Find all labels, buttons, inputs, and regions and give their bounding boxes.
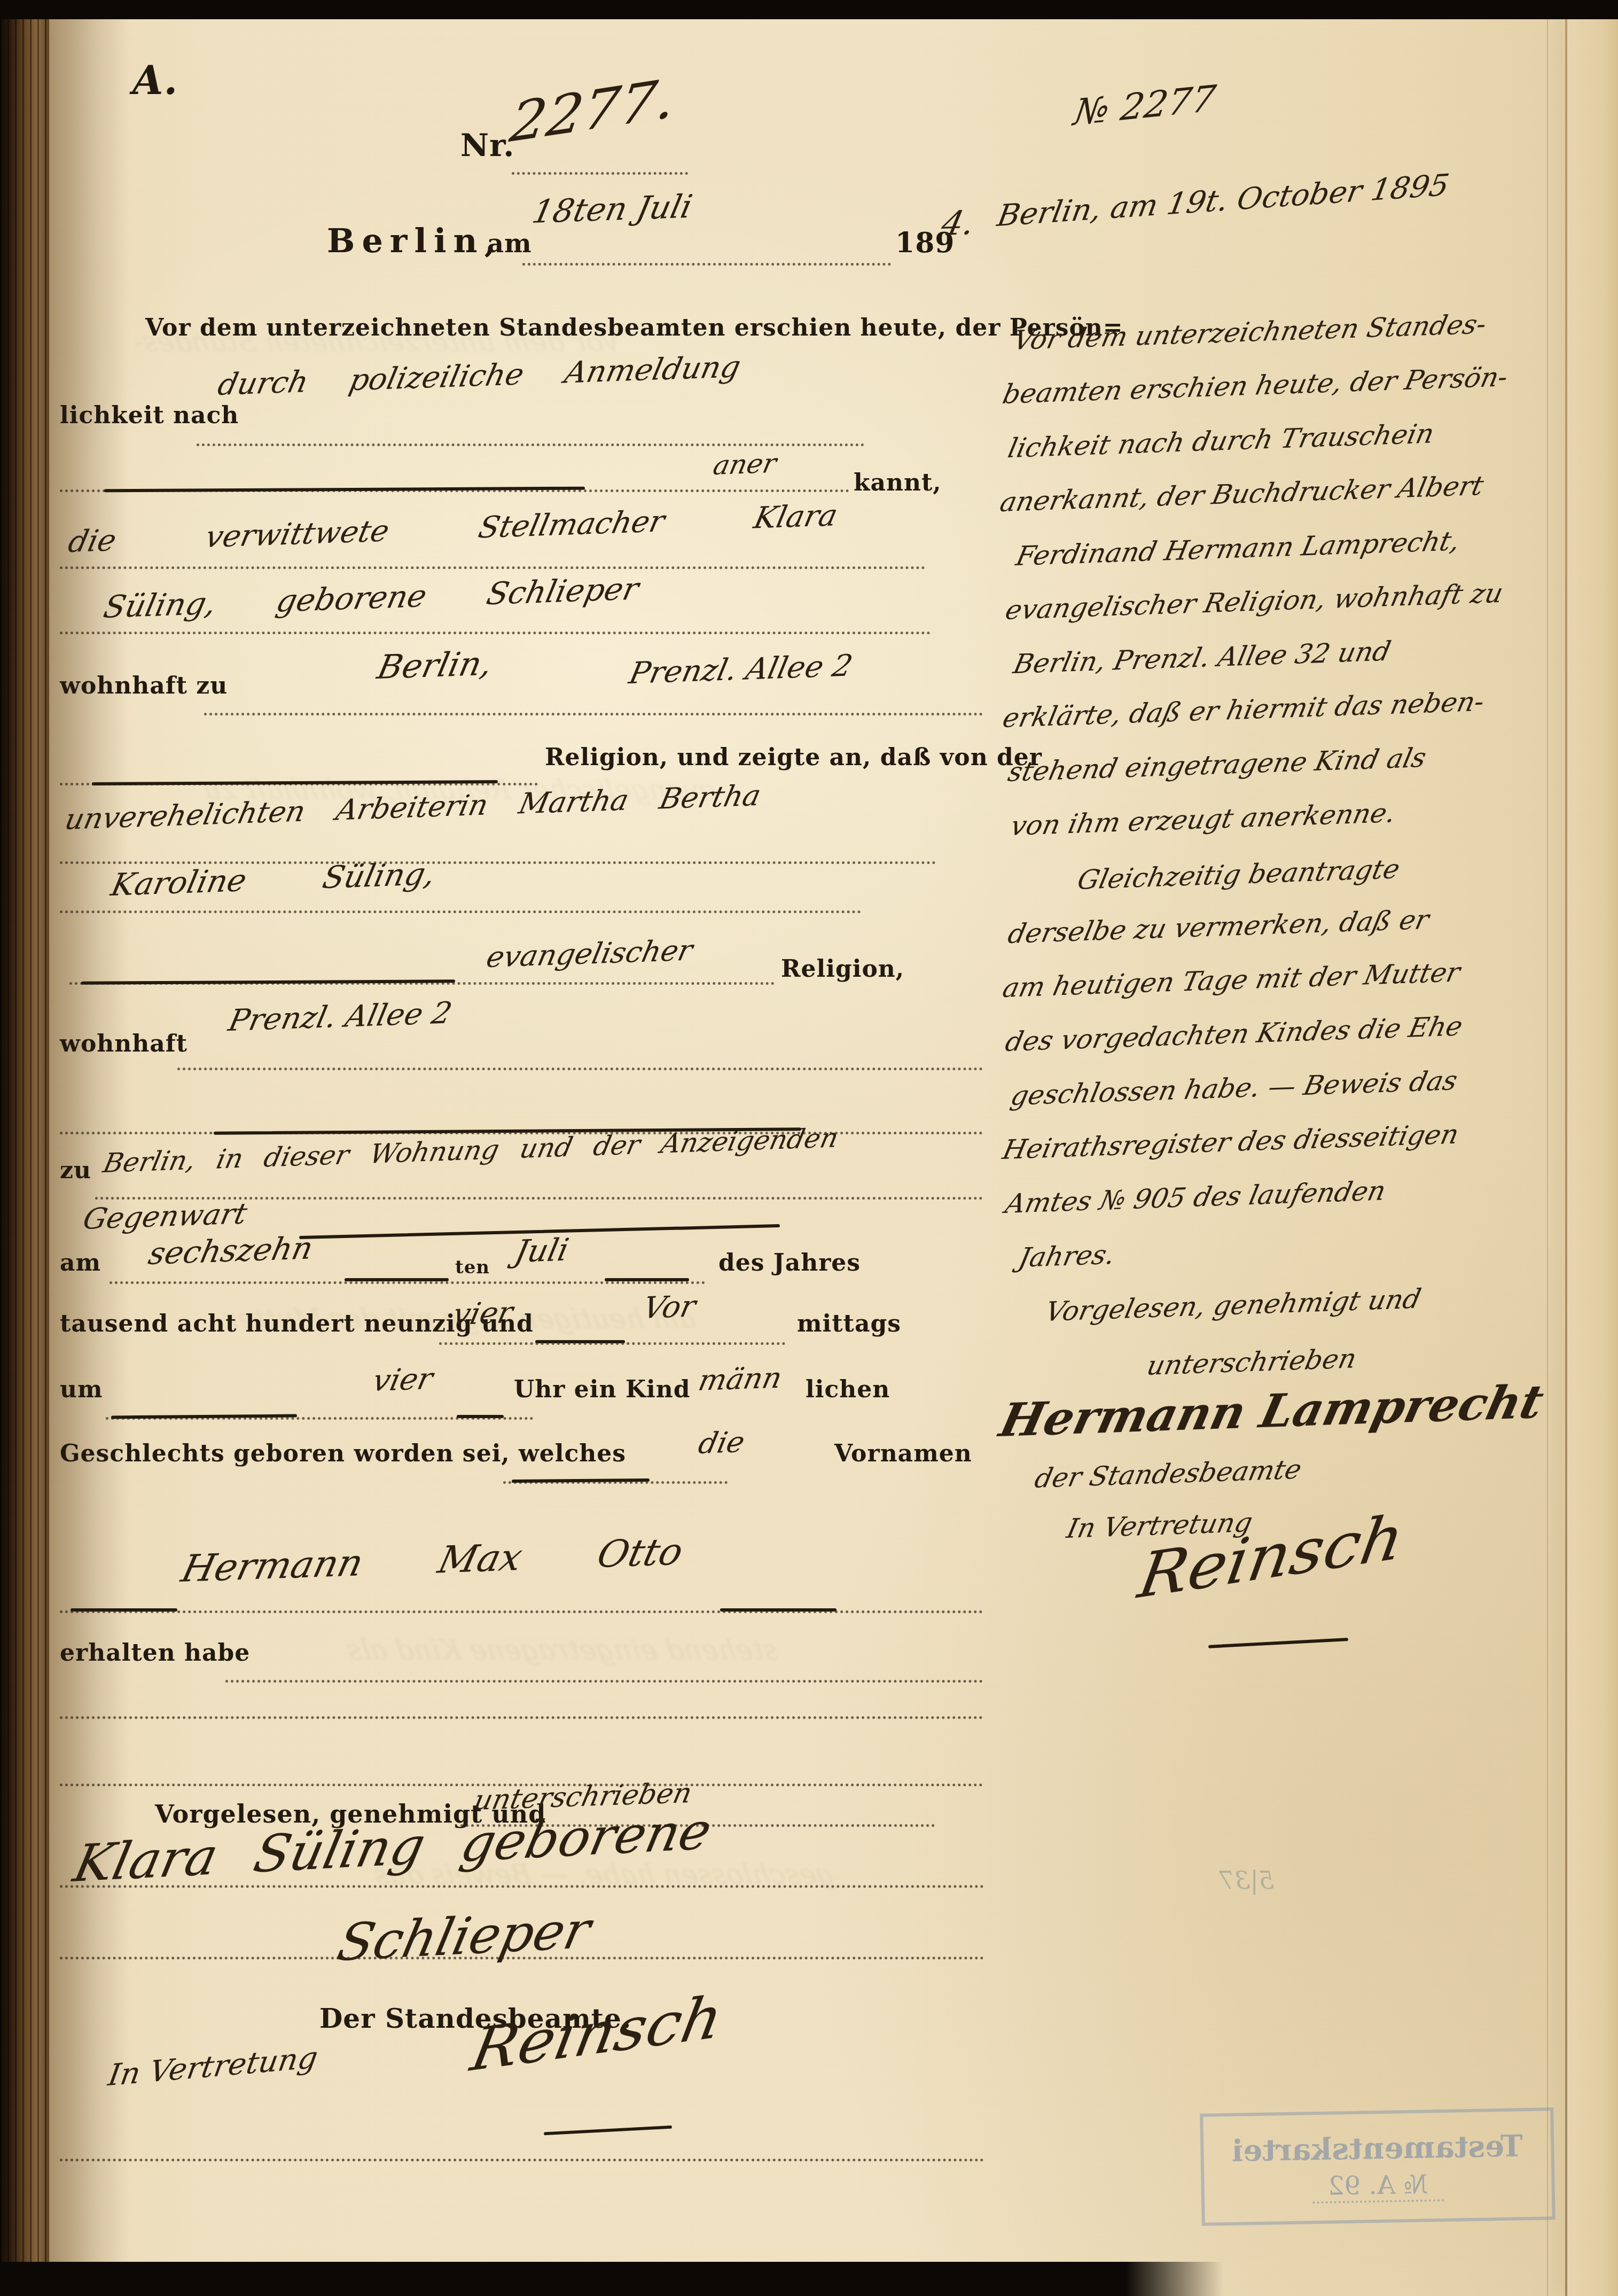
date-handwritten: 18ten Juli (529, 188, 695, 231)
page-crease (1565, 18, 1567, 2296)
dotted-line (110, 1281, 705, 1284)
faint-page-mark: 5|37 (1219, 1866, 1274, 1895)
erhalten-habe-printed: erhalten habe (60, 1639, 250, 1667)
city-label: Berlin, (327, 221, 503, 260)
vormittags-prefix-handwritten: Vor (640, 1289, 699, 1326)
section-label-a: A. (132, 58, 178, 104)
dotted-line (177, 1068, 983, 1070)
page-crease-faint (1547, 18, 1548, 2296)
birth-day-handwritten: sechszehn (145, 1229, 316, 1272)
des-jahres-printed: des Jahres (718, 1249, 861, 1277)
wohnhaft-label: wohnhaft (60, 1030, 187, 1057)
register-scan: Vor dem unterzeichneten Standes- evangel… (0, 0, 1618, 2296)
ten-suffix-printed: ten (455, 1257, 490, 1278)
nr-label: Nr. (460, 127, 514, 164)
dotted-line (60, 566, 925, 569)
gegenwart-handwritten: Gegenwart (80, 1196, 250, 1236)
dotted-line (512, 172, 688, 175)
scan-top-band (0, 0, 1618, 19)
dotted-line (60, 910, 861, 913)
um-label: um (60, 1376, 103, 1403)
birth-month-handwritten: Juli (512, 1232, 572, 1270)
dotted-line (60, 1957, 984, 1959)
dotted-line (60, 632, 931, 634)
sex-prefix-handwritten: männ (695, 1361, 785, 1397)
die-handwritten: die (695, 1425, 748, 1460)
dotted-line (204, 713, 983, 715)
book-binding (0, 0, 49, 2296)
dotted-line (522, 263, 891, 266)
aner-handwritten: aner (710, 448, 779, 481)
next-page-edge (1567, 18, 1618, 2296)
uhr-ein-kind-printed: Uhr ein Kind (514, 1376, 691, 1403)
dotted-line (225, 1680, 983, 1683)
zu-label: zu (60, 1157, 91, 1184)
dotted-line (439, 1342, 785, 1345)
ink-fill-line (457, 1415, 504, 1418)
ink-fill-line (71, 1608, 177, 1612)
dotted-line (60, 1610, 983, 1613)
dotted-line (60, 2159, 984, 2161)
dotted-line (60, 1716, 983, 1719)
geschlechts-printed: Geschlechts geboren worden sei, welches (60, 1440, 626, 1467)
mittags-printed: mittags (797, 1310, 901, 1337)
residence-city-handwritten: Berlin, (374, 644, 496, 687)
religion-printed: Religion, (781, 955, 904, 983)
birth-year-word-handwritten: vier (450, 1295, 516, 1332)
am-day-label: am (60, 1249, 101, 1277)
scan-bottom-band (0, 2262, 1223, 2296)
bleedthrough-ghost: stehend eingetragene Kind als (345, 1634, 780, 1666)
testament-card-stamp: Testamentskartei № A. 92 (1200, 2107, 1556, 2226)
wohnhaft-zu-label: wohnhaft zu (60, 672, 228, 699)
ink-fill-line (720, 1608, 837, 1612)
stamp-title: Testamentskartei (1231, 2128, 1523, 2169)
stamp-number: № A. 92 (1312, 2169, 1444, 2204)
dotted-line (197, 443, 864, 446)
religion-zeigte-printed: Religion, und zeigte an, daß von der (545, 744, 1042, 771)
dotted-line (60, 1885, 984, 1888)
marginal-line: Jahres. (1016, 1239, 1118, 1273)
form-lichkeit-nach: lichkeit nach (60, 402, 239, 429)
lichen-printed: lichen (806, 1376, 890, 1403)
form-intro-line: Vor dem unterzeichneten Standesbeamten e… (145, 314, 1123, 341)
kannt-printed: kannt, (854, 469, 942, 496)
vornamen-printed: Vornamen (834, 1440, 972, 1467)
am-label: am (487, 229, 532, 259)
birth-hour-handwritten: vier (370, 1361, 436, 1398)
